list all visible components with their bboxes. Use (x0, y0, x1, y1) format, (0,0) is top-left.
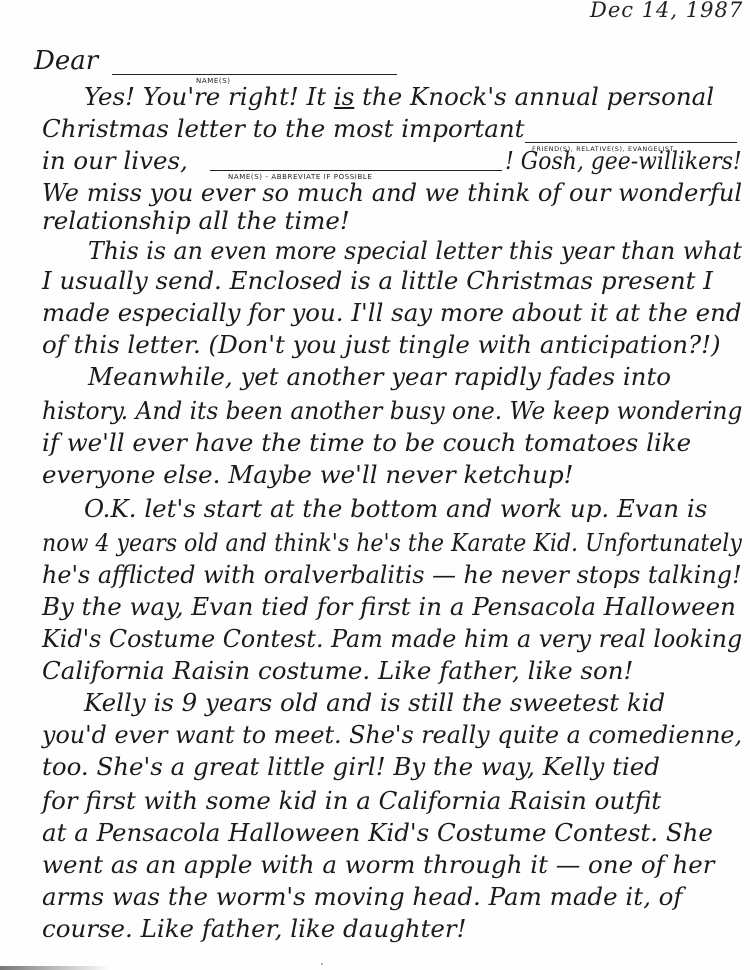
letter-line: everyone else. Maybe we'll never ketchup… (42, 460, 573, 489)
letter-line: O.K. let's start at the bottom and work … (84, 494, 707, 523)
letter-line: at a Pensacola Halloween Kid's Costume C… (42, 818, 713, 847)
relation-blank (525, 142, 737, 143)
letter-line: if we'll ever have the time to be couch … (42, 428, 691, 457)
line-text: Yes! You're right! It (84, 82, 334, 111)
letter-line: in our lives, (42, 146, 188, 175)
letter-line: you'd ever want to meet. She's really qu… (42, 720, 742, 749)
letter-line: We miss you ever so much and we think of… (42, 178, 742, 207)
name-blank (112, 74, 397, 75)
letter-line: now 4 years old and think's he's the Kar… (42, 528, 742, 557)
letter-line: history. And its been another busy one. … (42, 396, 742, 425)
letter-line: Kid's Costume Contest. Pam made him a ve… (42, 624, 742, 653)
letter-line: he's afflicted with oralverbalitis — he … (42, 560, 742, 589)
letter-page: Dec 14, 1987 Dear NAME(S) Yes! You're ri… (0, 0, 750, 970)
letter-line: of this letter. (Don't you just tingle w… (42, 330, 721, 359)
letter-line: too. She's a great little girl! By the w… (42, 752, 660, 781)
letter-line: Kelly is 9 years old and is still the sw… (84, 688, 665, 717)
letter-date: Dec 14, 1987 (590, 0, 743, 22)
letter-line: Meanwhile, yet another year rapidly fade… (88, 362, 671, 391)
line-text: the Knock's annual personal (354, 82, 714, 111)
line-text: in our lives, (42, 146, 188, 175)
letter-line: This is an even more special letter this… (88, 236, 742, 265)
letter-line: ! Gosh, gee-willikers! (505, 146, 742, 175)
letter-line: relationship all the time! (42, 206, 350, 235)
letter-line: went as an apple with a worm through it … (42, 850, 714, 879)
scan-speck (321, 963, 323, 965)
letter-line: By the way, Evan tied for first in a Pen… (42, 592, 736, 621)
salutation: Dear (34, 46, 98, 76)
letter-line: California Raisin costume. Like father, … (42, 656, 633, 685)
name-abbrev-blank (210, 170, 502, 171)
letter-line: made especially for you. I'll say more a… (42, 298, 742, 327)
emphasis-is: is (334, 82, 354, 111)
scan-edge-shadow (0, 966, 110, 970)
letter-line: arms was the worm's moving head. Pam mad… (42, 882, 682, 911)
letter-line: course. Like father, like daughter! (42, 914, 466, 943)
letter-line: Yes! You're right! It is the Knock's ann… (84, 82, 714, 111)
letter-line: I usually send. Enclosed is a little Chr… (42, 266, 713, 295)
letter-line: for first with some kid in a California … (42, 786, 661, 815)
letter-line: Christmas letter to the most important (42, 114, 525, 143)
